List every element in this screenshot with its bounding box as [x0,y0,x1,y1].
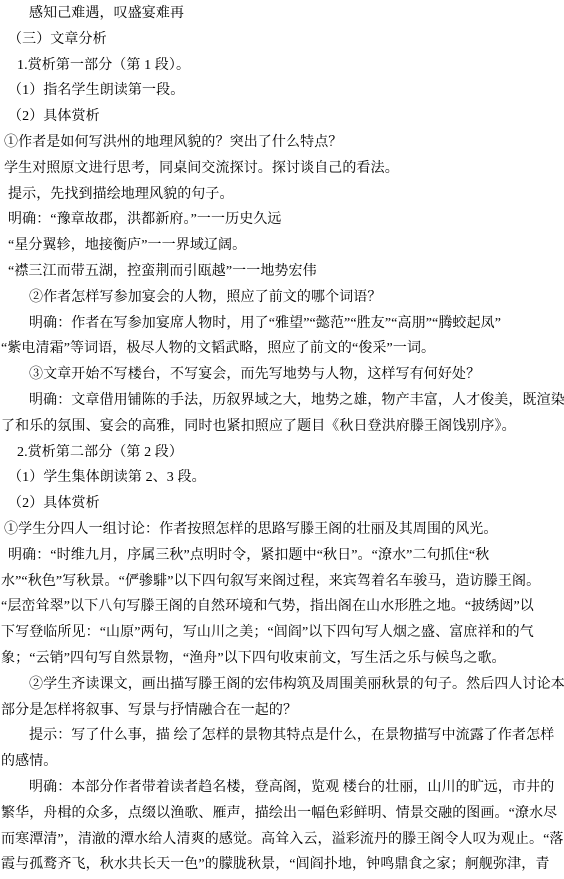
text-line: 部分是怎样将叙事、写景与抒情融合在一起的？ [0,698,564,724]
quote-line: “襟三江而带五湖，控蛮荆而引瓯越”一一地势宏伟 [0,259,564,285]
paragraph-line: 感知己难遇，叹盛宴难再 [0,1,564,27]
text-line: “紫电清霜”等词语，极尽人物的文韬武略，照应了前文的“俊采”一词。 [0,336,564,362]
text-line: 下写登临所见：“山原”两句，写山川之美；“闾阎”以下四句写人烟之盛、富庶祥和的气 [0,620,564,646]
document-page: 感知己难遇，叹盛宴难再 （三）文章分析 1.赏析第一部分（第 1 段）。 （1）… [0,0,564,879]
answer-line: 明确：“时维九月，序属三秋”点明时令，紧扣题中“秋日”。“潦水”二句抓住“秋 [0,543,564,569]
question-line: ②学生齐读课文，画出描写滕王阁的宏伟构筑及周围美丽秋景的句子。然后四人讨论本 [0,672,564,698]
question-line: ③文章开始不写楼台，不写宴会，而先写地势与人物，这样写有何好处？ [0,362,564,388]
answer-line: 明确：“豫章故郡，洪都新府。”一一历史久远 [0,207,564,233]
sub-item: （1）学生集体朗读第 2、3 段。 [0,465,564,491]
hint-line: 提示，先找到描绘地理风貌的句子。 [0,182,564,208]
quote-line: “星分翼轸，地接衡庐”一一界域辽阔。 [0,233,564,259]
text-line: 象；“云销”四句写自然景物，“渔舟”以下四句收束前文，写生活之乐与候鸟之歌。 [0,646,564,672]
text-line: 的感情。 [0,749,564,775]
text-line: 了和乐的氛围、宴会的高雅，同时也紧扣照应了题目《秋日登洪府滕王阁饯别序》。 [0,414,564,440]
text-line: 霞与孤鹜齐飞，秋水共长天一色”的朦胧秋景，“闾阎扑地，钟鸣鼎食之家；舸舰弥津，青 [0,852,564,878]
document-body: 感知己难遇，叹盛宴难再 （三）文章分析 1.赏析第一部分（第 1 段）。 （1）… [0,0,564,878]
section-heading: （三）文章分析 [0,27,564,53]
sub-item: （1）指名学生朗读第一段。 [0,78,564,104]
text-line: 而寒潭清”，清澈的潭水给人清爽的感觉。高耸入云，溢彩流丹的滕王阁令人叹为观止。“… [0,827,564,853]
text-line: 水”“秋色”写秋景。“俨骖騑”以下四句叙写来阁过程，来宾驾着名车骏马，造访滕王阁… [0,569,564,595]
answer-line: 明确：本部分作者带着读者趋名楼，登高阁，览观 楼台的壮丽，山川的旷远，市井的 [0,775,564,801]
sub-item: （2）具体赏析 [0,104,564,130]
question-line: ①作者是如何写洪州的地理风貌的？突出了什么特点？ [0,130,564,156]
answer-line: 明确：文章借用铺陈的手法，历叙界域之大，地势之雄，物产丰富，人才俊美，既渲染 [0,388,564,414]
text-line: 繁华，舟楫的众多，点缀以渔歌、雁声，描绘出一幅色彩鲜明、情景交融的图画。“潦水尽 [0,801,564,827]
sub-item: （2）具体赏析 [0,491,564,517]
hint-line: 提示：写了什么事，描 绘了怎样的景物其特点是什么，在景物描写中流露了作者怎样 [0,723,564,749]
numbered-item: 1.赏析第一部分（第 1 段）。 [0,53,564,79]
question-line: ②作者怎样写参加宴会的人物，照应了前文的哪个词语？ [0,285,564,311]
question-line: ①学生分四人一组讨论：作者按照怎样的思路写滕王阁的壮丽及其周围的风光。 [0,517,564,543]
text-line: “层峦耸翠”以下八句写滕王阁的自然环境和气势，指出阁在山水形胜之地。“披绣闼”以 [0,594,564,620]
answer-line: 明确：作者在写参加宴席人物时，用了“雅望”“懿范”“胜友”“高朋”“腾蛟起凤” [0,311,564,337]
text-line: 学生对照原文进行思考，同桌间交流探讨。探讨谈自己的看法。 [0,156,564,182]
numbered-item: 2.赏析第二部分（第 2 段） [0,440,564,466]
